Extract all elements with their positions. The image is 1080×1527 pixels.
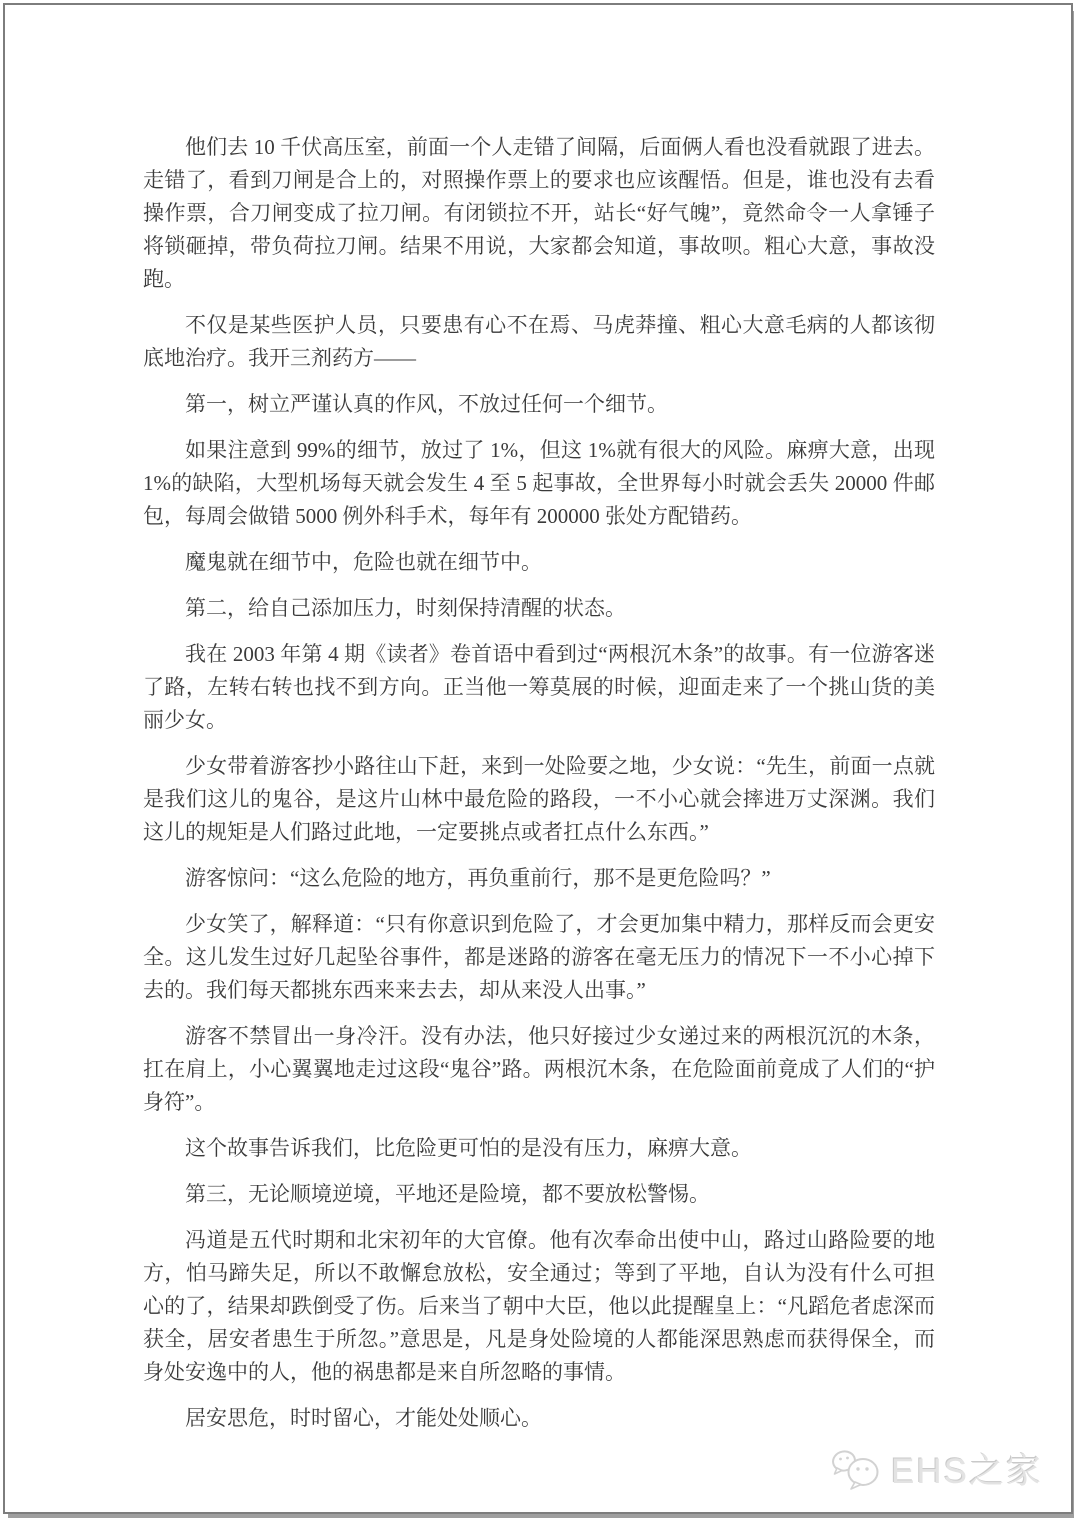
paragraph: 第一，树立严谨认真的作风，不放过任何一个细节。 bbox=[143, 388, 935, 421]
paragraph: 如果注意到 99%的细节，放过了 1%，但这 1%就有很大的风险。麻痹大意，出现… bbox=[143, 434, 935, 533]
paragraph: 第三，无论顺境逆境，平地还是险境，都不要放松警惕。 bbox=[143, 1178, 935, 1211]
paragraph: 少女带着游客抄小路往山下赶，来到一处险要之地，少女说：“先生，前面一点就是我们这… bbox=[143, 750, 935, 849]
paragraph: 少女笑了，解释道：“只有你意识到危险了，才会更加集中精力，那样反而会更安全。这儿… bbox=[143, 908, 935, 1007]
paragraph: 魔鬼就在细节中，危险也就在细节中。 bbox=[143, 546, 935, 579]
watermark: EHS之家 bbox=[831, 1444, 1043, 1494]
paragraph: 不仅是某些医护人员，只要患有心不在焉、马虎莽撞、粗心大意毛病的人都该彻底地治疗。… bbox=[143, 309, 935, 375]
paragraph: 第二，给自己添加压力，时刻保持清醒的状态。 bbox=[143, 592, 935, 625]
wechat-icon bbox=[831, 1448, 883, 1490]
document-page: 他们去 10 千伏高压室，前面一个人走错了间隔，后面俩人看也没看就跟了进去。走错… bbox=[3, 3, 1073, 1514]
paragraph: 冯道是五代时期和北宋初年的大官僚。他有次奉命出使中山，路过山路险要的地方，怕马蹄… bbox=[143, 1224, 935, 1389]
document-body: 他们去 10 千伏高压室，前面一个人走错了间隔，后面俩人看也没看就跟了进去。走错… bbox=[5, 5, 1071, 1435]
watermark-text: EHS之家 bbox=[891, 1444, 1043, 1494]
paragraph: 这个故事告诉我们，比危险更可怕的是没有压力，麻痹大意。 bbox=[143, 1132, 935, 1165]
paragraph: 他们去 10 千伏高压室，前面一个人走错了间隔，后面俩人看也没看就跟了进去。走错… bbox=[143, 131, 935, 296]
paragraph: 游客不禁冒出一身冷汗。没有办法，他只好接过少女递过来的两根沉沉的木条，扛在肩上，… bbox=[143, 1020, 935, 1119]
paragraph: 我在 2003 年第 4 期《读者》卷首语中看到过“两根沉木条”的故事。有一位游… bbox=[143, 638, 935, 737]
paragraph: 游客惊问：“这么危险的地方，再负重前行，那不是更危险吗？” bbox=[143, 862, 935, 895]
paragraph: 居安思危，时时留心，才能处处顺心。 bbox=[143, 1402, 935, 1435]
